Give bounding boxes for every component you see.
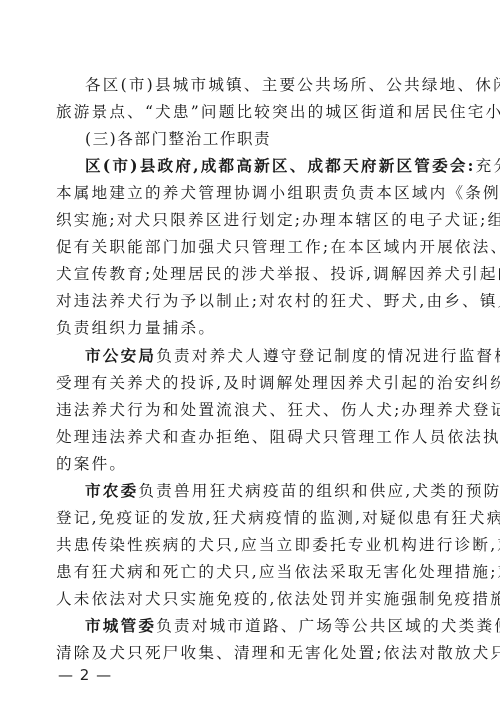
paragraph-2-line-2: 本属地建立的养犬管理协调小组职责负责本区域内《条例》的组	[56, 183, 432, 203]
paragraph-3-line-2: 受理有关养犬的投诉,及时调解处理因养犬引起的治安纠纷,查处	[56, 373, 432, 393]
paragraph-2-line-7: 负责组织力量捕杀。	[56, 318, 432, 338]
paragraph-2-lead-rest: 充分发挥	[476, 157, 500, 175]
paragraph-2-line-5: 犬宣传教育;处理居民的涉犬举报、投诉,调解因养犬引起的纠纷;	[56, 264, 432, 284]
paragraph-4-lead: 市农委	[85, 481, 138, 500]
paragraph-3-line-1: 市公安局负责对养犬人遵守登记制度的情况进行监督检查;	[85, 346, 432, 366]
paragraph-3-line-5: 的案件。	[56, 454, 432, 474]
paragraph-3-lead: 市公安局	[85, 346, 156, 365]
page-number: — 2 —	[58, 665, 112, 685]
paragraph-4-line-2: 登记,免疫证的发放,狂犬病疫情的监测,对疑似患有狂犬病、人畜	[56, 508, 432, 528]
paragraph-3-lead-rest: 负责对养犬人遵守登记制度的情况进行监督检查;	[156, 347, 500, 365]
paragraph-2-line-4: 促有关职能部门加强犬只管理工作;在本区域内开展依法、文明养	[56, 237, 432, 257]
paragraph-5-line-1: 市城管委负责对城市道路、广场等公共区域的犬类粪便及时	[85, 616, 432, 636]
paragraph-4-line-1: 市农委负责兽用狂犬病疫苗的组织和供应,犬类的预防接种、	[85, 481, 432, 501]
paragraph-5-line-2: 清除及犬只死尸收集、清理和无害化处置;依法对散放犬只、携带	[56, 643, 432, 663]
paragraph-2-line-6: 对违法养犬行为予以制止;对农村的狂犬、野犬,由乡、镇人民政府	[56, 291, 432, 311]
paragraph-1-line-1: 各区(市)县城市城镇、主要公共场所、公共绿地、休闲广场、	[85, 75, 432, 95]
paragraph-4-line-3: 共患传染性疾病的犬只,应当立即委托专业机构进行诊断,对确认	[56, 535, 432, 555]
paragraph-2-line-3: 织实施;对犬只限养区进行划定;办理本辖区的电子犬证;组织、督	[56, 210, 432, 230]
paragraph-4-line-5: 人未依法对犬只实施免疫的,依法处罚并实施强制免疫措施。	[56, 589, 432, 609]
paragraph-5-lead: 市城管委	[85, 616, 156, 635]
document-page: 各区(市)县城市城镇、主要公共场所、公共绿地、休闲广场、 旅游景点、“犬患”问题…	[0, 0, 500, 707]
paragraph-1-line-2: 旅游景点、“犬患”问题比较突出的城区街道和居民住宅小区。	[56, 102, 432, 122]
paragraph-5-lead-rest: 负责对城市道路、广场等公共区域的犬类粪便及时	[156, 617, 500, 635]
paragraph-3-line-3: 违法养犬行为和处置流浪犬、狂犬、伤人犬;办理养犬登记。负责	[56, 400, 432, 420]
paragraph-4-line-4: 患有狂犬病和死亡的犬只,应当依法采取无害化处理措施;对养犬	[56, 562, 432, 582]
paragraph-2-line-1: 区(市)县政府,成都高新区、成都天府新区管委会:充分发挥	[85, 156, 432, 176]
paragraph-4-lead-rest: 负责兽用狂犬病疫苗的组织和供应,犬类的预防接种、	[138, 482, 500, 500]
section-heading: (三)各部门整治工作职责	[85, 129, 432, 149]
paragraph-3-line-4: 处理违法养犬和查办拒绝、阻碍犬只管理工作人员依法执行公务	[56, 427, 432, 447]
paragraph-2-lead: 区(市)县政府,成都高新区、成都天府新区管委会:	[85, 156, 476, 175]
